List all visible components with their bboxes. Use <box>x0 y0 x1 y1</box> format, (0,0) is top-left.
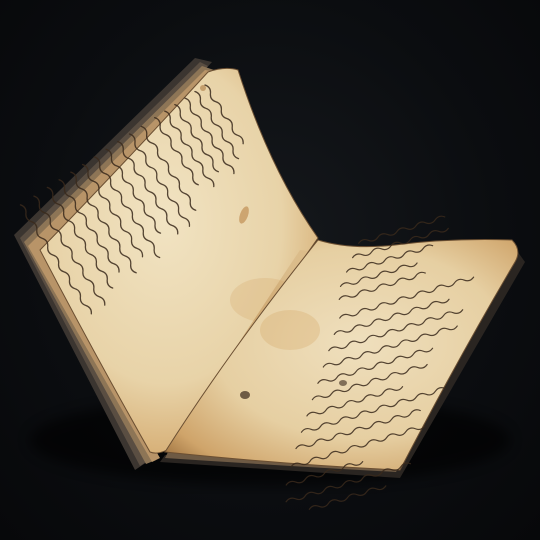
notebook-illustration <box>0 0 540 540</box>
photo-scene: Open antique handwritten notebook on bla… <box>0 0 540 540</box>
